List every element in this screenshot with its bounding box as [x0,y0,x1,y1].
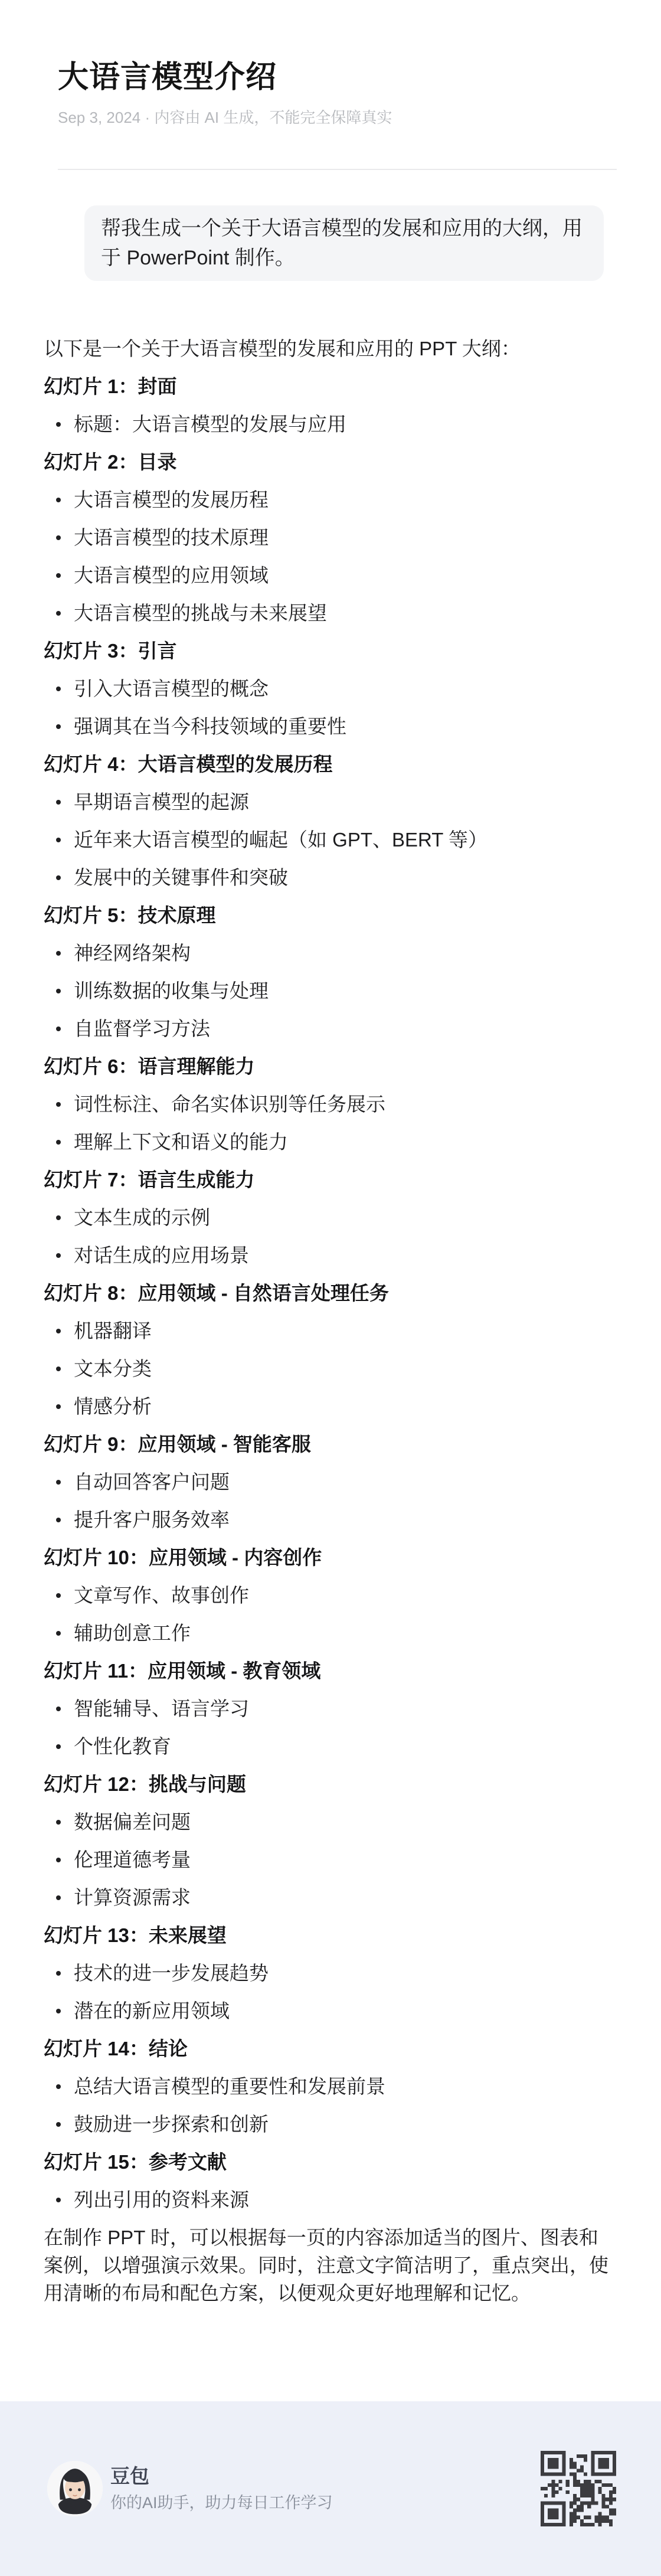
slide-bullet: 计算资源需求 [44,1884,617,1912]
divider [58,169,617,170]
slide-bullet: 伦理道德考量 [44,1846,617,1874]
doubao-avatar-icon [47,2461,103,2516]
slide-heading: 幻灯片 5：技术原理 [44,901,617,930]
slide-bullet: 发展中的关键事件和突破 [44,864,617,892]
bot-name: 豆包 [110,2464,333,2488]
ppt-outline: 幻灯片 1：封面标题：大语言模型的发展与应用幻灯片 2：目录大语言模型的发展历程… [44,372,617,2214]
slide-bullet: 文本分类 [44,1355,617,1383]
slide-bullet: 辅助创意工作 [44,1619,617,1647]
slide-bullet: 数据偏差问题 [44,1808,617,1836]
slide-heading: 幻灯片 4：大语言模型的发展历程 [44,750,617,779]
slide-heading: 幻灯片 13：未来展望 [44,1921,617,1950]
slide-bullet: 列出引用的资料来源 [44,2186,617,2214]
slide-bullet: 早期语言模型的起源 [44,788,617,816]
slide-bullet: 潜在的新应用领域 [44,1997,617,2025]
slide-bullet: 自动回答客户问题 [44,1468,617,1496]
slide-heading: 幻灯片 2：目录 [44,448,617,476]
user-message-text: 帮我生成一个关于大语言模型的发展和应用的大纲，用于 PowerPoint 制作。 [101,217,583,269]
slide-bullet: 训练数据的收集与处理 [44,977,617,1005]
slide-bullet: 大语言模型的技术原理 [44,524,617,552]
slide-bullet: 提升客户服务效率 [44,1506,617,1534]
slide-heading: 幻灯片 12：挑战与问题 [44,1770,617,1799]
assistant-answer: 以下是一个关于大语言模型的发展和应用的 PPT 大纲： 幻灯片 1：封面标题：大… [0,335,661,2307]
slide-bullet: 智能辅导、语言学习 [44,1695,617,1723]
bot-tagline: 你的AI助手，助力每日工作学习 [110,2493,333,2513]
slide-bullet: 个性化教育 [44,1732,617,1761]
slide-bullet: 词性标注、命名实体识别等任务展示 [44,1090,617,1119]
slide-bullet: 自监督学习方法 [44,1015,617,1043]
slide-heading: 幻灯片 8：应用领域 - 自然语言处理任务 [44,1279,617,1307]
slide-bullet: 近年来大语言模型的崛起（如 GPT、BERT 等） [44,826,617,854]
slide-bullet: 标题：大语言模型的发展与应用 [44,410,617,439]
slide-heading: 幻灯片 6：语言理解能力 [44,1052,617,1081]
footer-banner: 豆包 你的AI助手，助力每日工作学习 [0,2401,661,2576]
page-header: 大语言模型介绍 Sep 3, 2024 · 内容由 AI 生成，不能完全保障真实 [0,0,661,128]
slide-heading: 幻灯片 7：语言生成能力 [44,1166,617,1194]
answer-closing: 在制作 PPT 时，可以根据每一页的内容添加适当的图片、图表和案例，以增强演示效… [44,2224,617,2307]
slide-heading: 幻灯片 9：应用领域 - 智能客服 [44,1430,617,1459]
slide-bullet: 鼓励进一步探索和创新 [44,2110,617,2139]
user-message-bubble: 帮我生成一个关于大语言模型的发展和应用的大纲，用于 PowerPoint 制作。 [84,205,604,281]
slide-bullet: 机器翻译 [44,1317,617,1345]
slide-bullet: 神经网络架构 [44,939,617,967]
slide-bullet: 对话生成的应用场景 [44,1241,617,1270]
slide-heading: 幻灯片 11：应用领域 - 教育领域 [44,1657,617,1685]
page-title: 大语言模型介绍 [58,60,603,94]
slide-heading: 幻灯片 3：引言 [44,637,617,665]
slide-heading: 幻灯片 15：参考文献 [44,2148,617,2176]
slide-bullet: 技术的进一步发展趋势 [44,1959,617,1987]
slide-bullet: 大语言模型的发展历程 [44,486,617,514]
slide-bullet: 文章写作、故事创作 [44,1581,617,1610]
slide-bullet: 引入大语言模型的概念 [44,675,617,703]
slide-heading: 幻灯片 1：封面 [44,372,617,401]
slide-bullet: 情感分析 [44,1392,617,1421]
slide-bullet: 强调其在当今科技领域的重要性 [44,712,617,741]
answer-intro: 以下是一个关于大语言模型的发展和应用的 PPT 大纲： [44,335,617,363]
qr-code-icon [541,2451,616,2526]
slide-bullet: 大语言模型的应用领域 [44,561,617,590]
slide-heading: 幻灯片 14：结论 [44,2035,617,2063]
footer-identity: 豆包 你的AI助手，助力每日工作学习 [110,2464,333,2513]
slide-bullet: 大语言模型的挑战与未来展望 [44,599,617,627]
slide-bullet: 总结大语言模型的重要性和发展前景 [44,2072,617,2101]
slide-bullet: 理解上下文和语义的能力 [44,1128,617,1156]
date-disclaimer: Sep 3, 2024 · 内容由 AI 生成，不能完全保障真实 [58,107,603,128]
slide-heading: 幻灯片 10：应用领域 - 内容创作 [44,1544,617,1572]
slide-bullet: 文本生成的示例 [44,1204,617,1232]
